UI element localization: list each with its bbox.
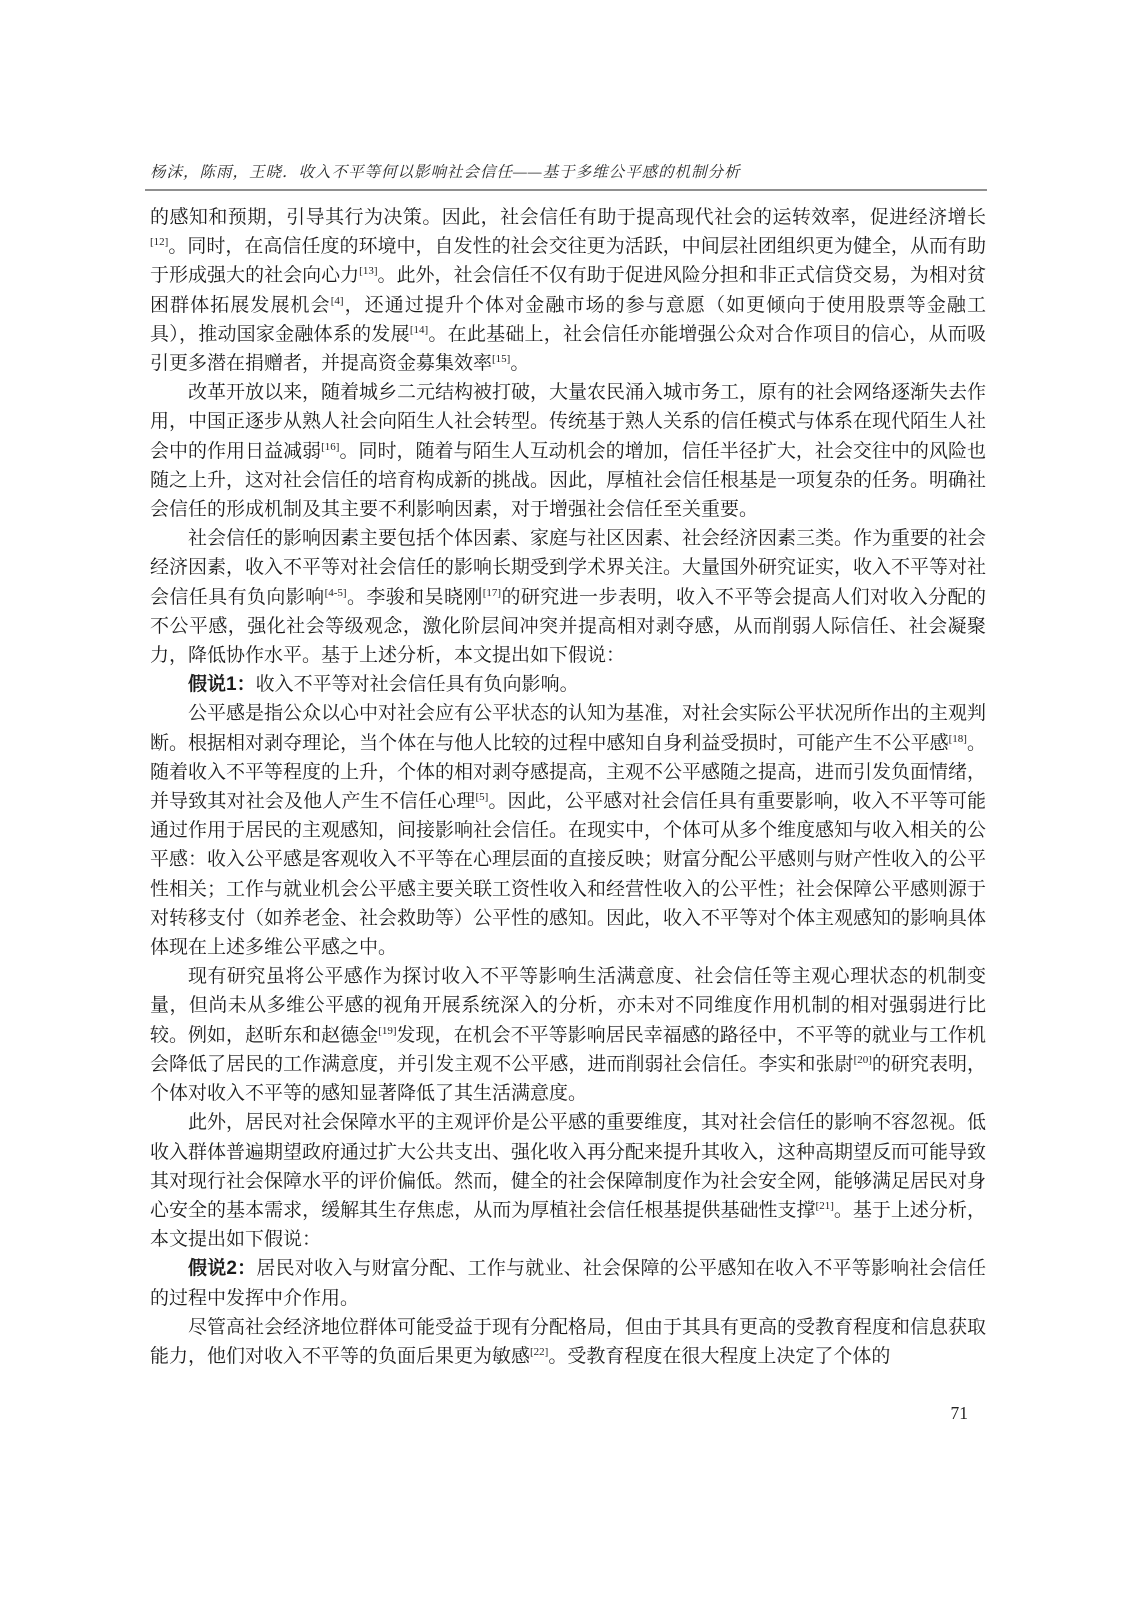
citation-ref: [18] [949, 733, 967, 745]
citation-ref: [16] [321, 441, 339, 453]
citation-ref: [4-5] [325, 587, 347, 599]
paragraph: 公平感是指公众以心中对社会应有公平状态的认知为基准，对社会实际公平状况所作出的主… [150, 699, 986, 962]
citation-ref: [20] [854, 1054, 872, 1066]
paragraph: 此外，居民对社会保障水平的主观评价是公平感的重要维度，其对社会信任的影响不容忽视… [150, 1108, 986, 1254]
running-header: 杨沫，陈雨，王晓．收入不平等何以影响社会信任——基于多维公平感的机制分析 [150, 160, 990, 182]
paragraph: 社会信任的影响因素主要包括个体因素、家庭与社区因素、社会经济因素三类。作为重要的… [150, 524, 986, 670]
paragraph: 改革开放以来，随着城乡二元结构被打破，大量农民涌入城市务工，原有的社会网络逐渐失… [150, 378, 986, 524]
hypothesis-paragraph: 假说1：收入不平等对社会信任具有负向影响。 [150, 670, 986, 699]
paper-page: 杨沫，陈雨，王晓．收入不平等何以影响社会信任——基于多维公平感的机制分析 的感知… [0, 0, 1140, 1600]
header-rule-divider [145, 189, 987, 191]
paragraph: 尽管高社会经济地位群体可能受益于现有分配格局，但由于其具有更高的受教育程度和信息… [150, 1313, 986, 1371]
hypothesis-paragraph: 假说2：居民对收入与财富分配、工作与就业、社会保障的公平感知在收入不平等影响社会… [150, 1254, 986, 1312]
citation-ref: [4] [331, 295, 344, 307]
citation-ref: [5] [475, 791, 488, 803]
citation-ref: [15] [492, 353, 510, 365]
hypothesis-label: 假说2： [188, 1258, 256, 1279]
paragraph: 的感知和预期，引导其行为决策。因此，社会信任有助于提高现代社会的运转效率，促进经… [150, 203, 986, 378]
citation-ref: [17] [483, 587, 501, 599]
hypothesis-label: 假说1： [188, 674, 256, 695]
citation-ref: [14] [410, 324, 428, 336]
citation-ref: [19] [378, 1025, 396, 1037]
page-number: 71 [951, 1403, 969, 1424]
citation-ref: [21] [816, 1200, 834, 1212]
citation-ref: [12] [150, 236, 168, 248]
paragraph: 现有研究虽将公平感作为探讨收入不平等影响生活满意度、社会信任等主观心理状态的机制… [150, 962, 986, 1108]
citation-ref: [13] [359, 265, 377, 277]
body-text: 的感知和预期，引导其行为决策。因此，社会信任有助于提高现代社会的运转效率，促进经… [150, 203, 986, 1371]
citation-ref: [22] [530, 1346, 548, 1358]
